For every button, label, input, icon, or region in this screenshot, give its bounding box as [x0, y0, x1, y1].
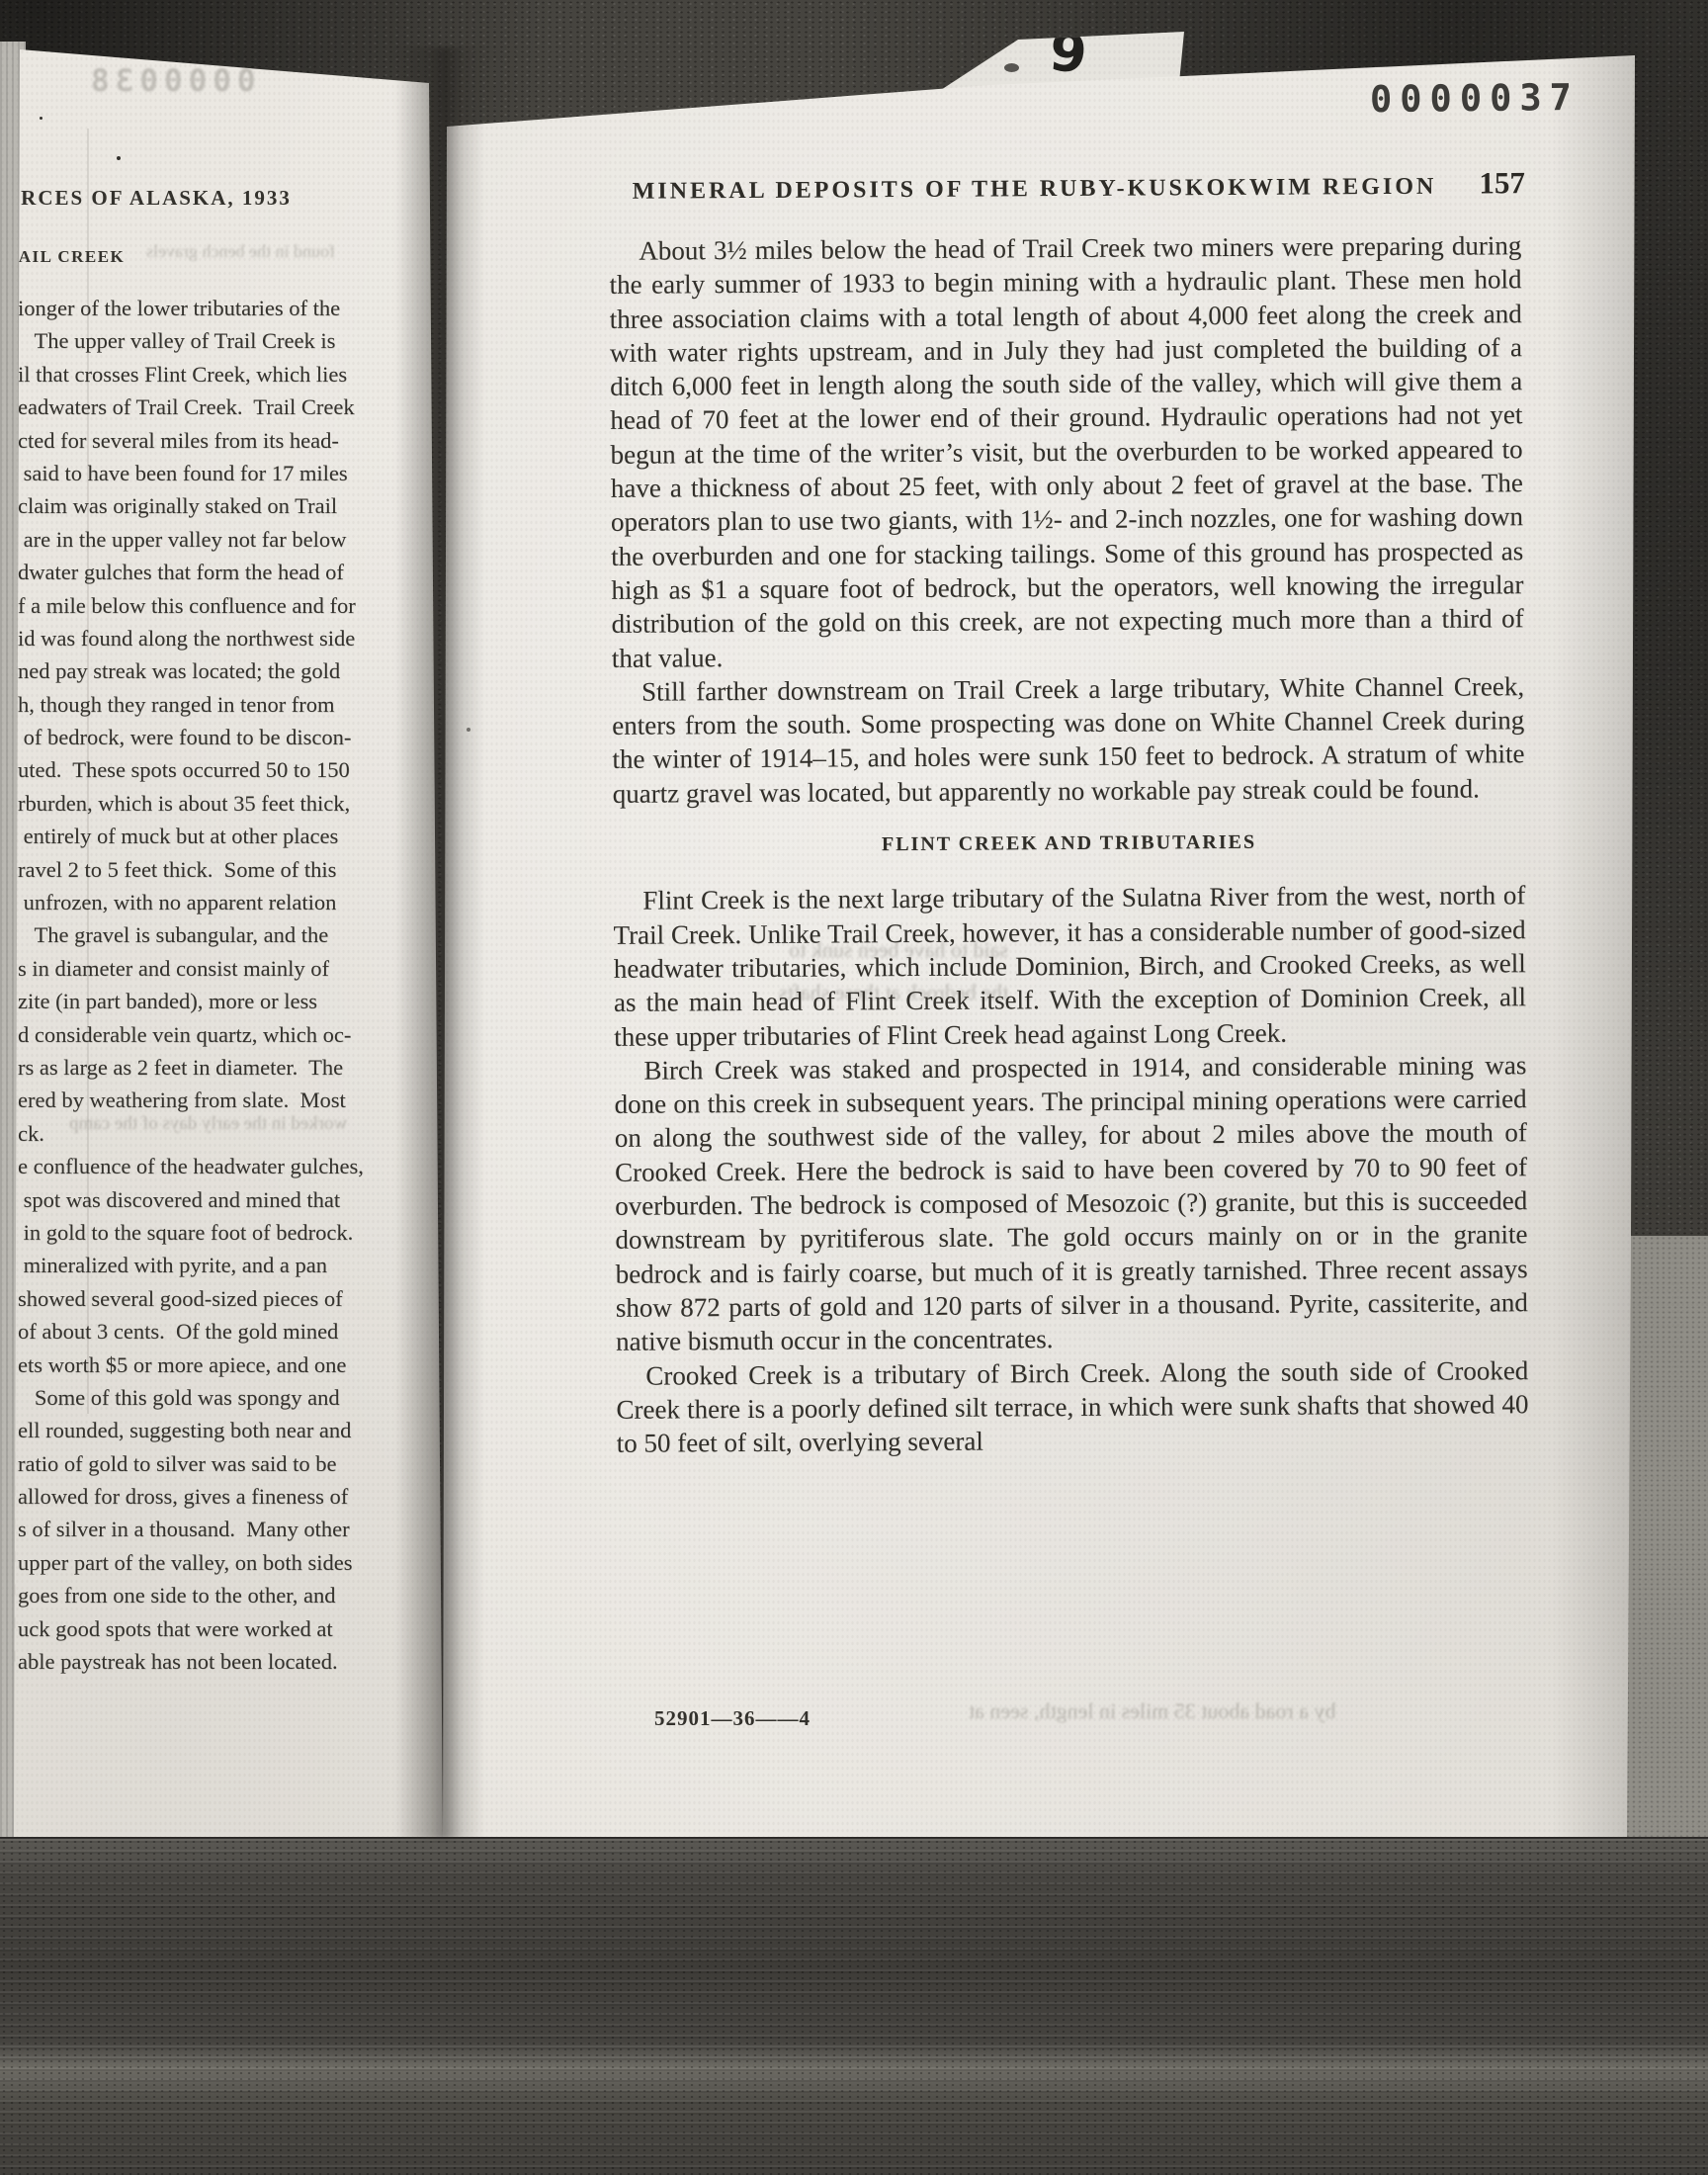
text-line: said to have been found for 17 miles — [18, 457, 364, 489]
text-line: in gold to the square foot of bedrock. — [18, 1216, 364, 1249]
text-line: uck good spots that were worked at — [18, 1612, 364, 1645]
bleed-through-text: by a road about 35 miles in length, seen… — [969, 1698, 1335, 1724]
ocr-stamp: 0000037 — [1370, 76, 1580, 121]
text-line: showed several good-sized pieces of — [18, 1282, 364, 1315]
text-line: rburden, which is about 35 feet thick, — [18, 787, 364, 820]
text-line: Some of this gold was spongy and — [18, 1381, 364, 1414]
text-line: eadwaters of Trail Creek. Trail Creek — [18, 391, 364, 423]
page-number: 157 — [1479, 165, 1525, 201]
text-line: e confluence of the headwater gulches, — [18, 1150, 364, 1182]
text-line: ets worth $5 or more apiece, and one — [18, 1348, 364, 1381]
body-paragraph: Crooked Creek is a tributary of Birch Cr… — [616, 1353, 1529, 1461]
bleed-through-text: found in the bench gravels — [146, 241, 335, 262]
text-line: zite (in part banded), more or less — [18, 985, 364, 1017]
text-line: claim was originally staked on Trail — [18, 489, 364, 522]
ink-speck — [40, 117, 43, 120]
left-section-heading: RAIL CREEK — [5, 247, 125, 267]
right-running-header: MINERAL DEPOSITS OF THE RUBY-KUSKOKWIM R… — [613, 173, 1525, 206]
text-line: id was found along the northwest side — [18, 622, 364, 654]
text-line: mineralized with pyrite, and a pan — [18, 1249, 364, 1281]
left-running-header: URCES OF ALASKA, 1933 — [4, 186, 292, 211]
text-line: goes from one side to the other, and — [18, 1579, 364, 1611]
text-line: spot was discovered and mined that — [18, 1183, 364, 1216]
text-line: unfrozen, with no apparent relation — [18, 886, 364, 918]
text-line: ered by weathering from slate. Most — [18, 1084, 364, 1116]
text-line: uted. These spots occurred 50 to 150 — [18, 753, 364, 786]
paragraph-group-bottom: Flint Creek is the next large tributary … — [613, 879, 1529, 1461]
right-section-heading: FLINT CREEK AND TRIBUTARIES — [613, 824, 1525, 863]
text-line: h, though they ranged in tenor from — [18, 688, 364, 721]
gutter-shadow — [395, 47, 484, 1839]
left-text-column: ionger of the lower tributaries of the T… — [18, 292, 364, 1678]
bottom-scan-band — [0, 1837, 1708, 2175]
ink-speck — [117, 156, 121, 160]
text-line: ell rounded, suggesting both near and — [18, 1414, 364, 1446]
body-paragraph: About 3½ miles below the head of Trail C… — [609, 228, 1524, 674]
body-paragraph: Flint Creek is the next large tributary … — [613, 879, 1526, 1054]
text-line: The gravel is subangular, and the — [18, 918, 364, 951]
right-header-row: MINERAL DEPOSITS OF THE RUBY-KUSKOKWIM R… — [613, 173, 1525, 206]
body-paragraph: Birch Creek was staked and prospected in… — [614, 1048, 1528, 1358]
text-line: are in the upper valley not far below — [18, 523, 364, 556]
right-text-column: About 3½ miles below the head of Trail C… — [609, 228, 1529, 1460]
text-line: ravel 2 to 5 feet thick. Some of this — [18, 853, 364, 886]
text-line: s in diameter and consist mainly of — [18, 952, 364, 985]
text-line: dwater gulches that form the head of — [18, 556, 364, 588]
text-line: upper part of the valley, on both sides — [18, 1546, 364, 1579]
printers-imprint: 52901—36——4 — [654, 1706, 811, 1731]
text-line: f a mile below this confluence and for — [18, 589, 364, 622]
text-line: s of silver in a thousand. Many other — [18, 1513, 364, 1545]
body-paragraph: Still farther downstream on Trail Creek … — [612, 669, 1525, 811]
text-line: d considerable vein quartz, which oc- — [18, 1018, 364, 1051]
text-line: cted for several miles from its head- — [18, 424, 364, 457]
text-line: il that crosses Flint Creek, which lies — [18, 358, 364, 391]
bleed-through-stamp: 0000038 — [85, 63, 256, 99]
paragraph-group-top: About 3½ miles below the head of Trail C… — [609, 228, 1525, 811]
text-line: ratio of gold to silver was said to be — [18, 1447, 364, 1480]
text-line: allowed for dross, gives a fineness of — [18, 1480, 364, 1513]
text-line: The upper valley of Trail Creek is — [18, 324, 364, 357]
text-line: entirely of muck but at other places — [18, 820, 364, 852]
text-line: rs as large as 2 feet in diameter. The — [18, 1051, 364, 1084]
text-line: of about 3 cents. Of the gold mined — [18, 1315, 364, 1348]
scanned-book-spread: 9 0000038 URCES OF ALASKA, 1933 RAIL CRE… — [0, 0, 1708, 2175]
text-line: of bedrock, were found to be discon- — [18, 721, 364, 753]
ink-speck — [1004, 63, 1019, 72]
text-line: ck. — [18, 1117, 364, 1150]
text-line: ned pay streak was located; the gold — [18, 654, 364, 687]
scanner-right-zone — [1625, 1236, 1708, 1841]
text-line: able paystreak has not been located. — [18, 1645, 364, 1678]
text-line: ionger of the lower tributaries of the — [18, 292, 364, 324]
